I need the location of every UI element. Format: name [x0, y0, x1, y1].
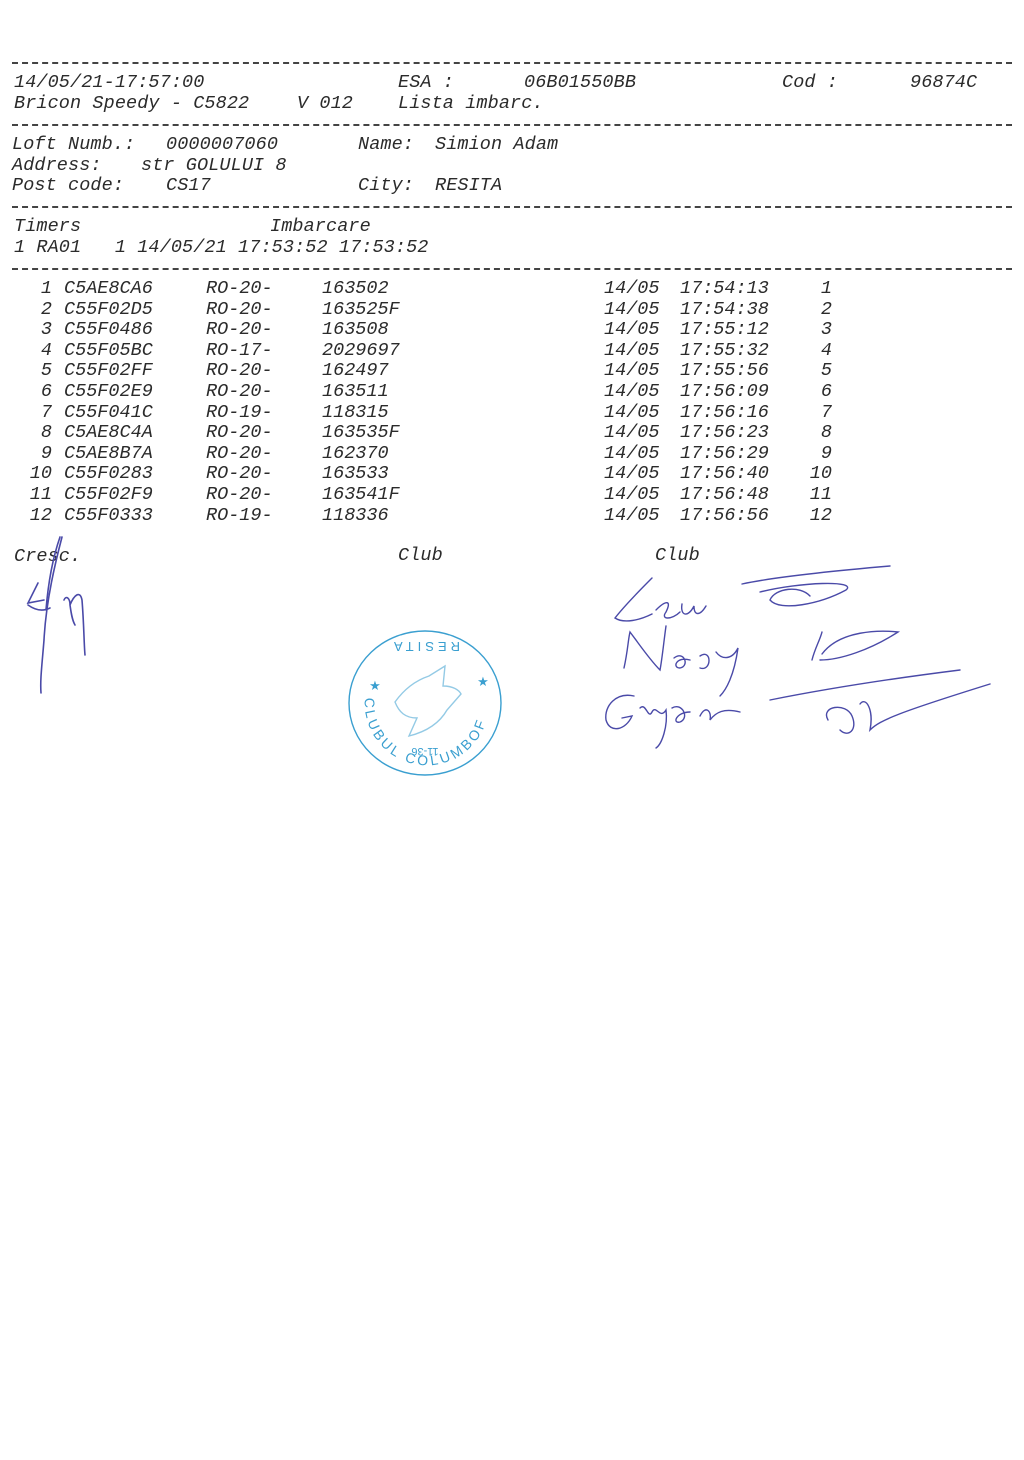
arrival-position: 9	[0, 444, 832, 464]
fancier-signature-label: Cresc.	[14, 547, 81, 567]
arrival-position: 12	[0, 506, 832, 526]
arrival-position: 4	[0, 341, 832, 361]
bird-row: 6C55F02E9RO-20-16351114/0517:56:096	[0, 382, 1024, 403]
cod-label: Cod :	[782, 73, 838, 93]
svg-text:★: ★	[477, 674, 489, 689]
city-value: RESITA	[435, 176, 502, 196]
address-value: str GOLULUI 8	[141, 156, 287, 176]
cod-value: 96874C	[910, 73, 977, 93]
report-datetime: 14/05/21-17:57:00	[14, 73, 204, 93]
device-name: Bricon Speedy - C5822	[14, 94, 249, 114]
rule-header	[12, 124, 1012, 126]
timers-label: Timers	[14, 217, 81, 237]
name-label: Name:	[358, 135, 414, 155]
rule-fancier	[12, 206, 1012, 208]
bird-row: 8C5AE8C4ARO-20-163535F14/0517:56:238	[0, 423, 1024, 444]
arrival-position: 3	[0, 320, 832, 340]
bird-row: 7C55F041CRO-19-11831514/0517:56:167	[0, 403, 1024, 424]
postcode-value: CS17	[166, 176, 211, 196]
svg-text:★: ★	[369, 678, 381, 693]
arrival-position: 6	[0, 382, 832, 402]
bird-row: 12C55F0333RO-19-11833614/0517:56:5612	[0, 506, 1024, 527]
imbarcare-label: Imbarcare	[270, 217, 371, 237]
loft-label: Loft Numb.:	[12, 135, 135, 155]
bird-row: 4C55F05BCRO-17-202969714/0517:55:324	[0, 341, 1024, 362]
club-signature-label-2: Club	[655, 546, 700, 566]
arrival-position: 2	[0, 300, 832, 320]
bird-row: 9C5AE8B7ARO-20-16237014/0517:56:299	[0, 444, 1024, 465]
club-signature-label-1: Club	[398, 546, 443, 566]
bird-row: 2C55F02D5RO-20-163525F14/0517:54:382	[0, 300, 1024, 321]
bird-row: 5C55F02FFRO-20-16249714/0517:55:565	[0, 361, 1024, 382]
bird-row: 1C5AE8CA6RO-20-16350214/0517:54:131	[0, 279, 1024, 300]
svg-text:RESITA: RESITA	[390, 639, 460, 654]
loft-value: 0000007060	[166, 135, 278, 155]
arrival-position: 8	[0, 423, 832, 443]
arrival-position: 11	[0, 485, 832, 505]
rule-top	[12, 62, 1012, 64]
bird-row: 11C55F02F9RO-20-163541F14/0517:56:4811	[0, 485, 1024, 506]
report-title: Lista imbarc.	[398, 94, 544, 114]
arrival-position: 1	[0, 279, 832, 299]
device-version: V 012	[297, 94, 353, 114]
esa-label: ESA :	[398, 73, 454, 93]
arrival-position: 5	[0, 361, 832, 381]
timer-row: 1 RA01 1 14/05/21 17:53:52 17:53:52	[14, 238, 428, 258]
name-value: Simion Adam	[435, 135, 558, 155]
address-label: Address:	[12, 156, 102, 176]
esa-value: 06B01550BB	[524, 73, 636, 93]
arrival-position: 7	[0, 403, 832, 423]
club-signatures	[0, 0, 1, 1]
arrival-position: 10	[0, 464, 832, 484]
club-stamp: RESITA 11-36 ★ ★ CLUBUL COLUMBOFIL	[347, 628, 505, 780]
postcode-label: Post code:	[12, 176, 124, 196]
city-label: City:	[358, 176, 414, 196]
bird-row: 3C55F0486RO-20-16350814/0517:55:123	[0, 320, 1024, 341]
rule-timers	[12, 268, 1012, 270]
bird-row: 10C55F0283RO-20-16353314/0517:56:4010	[0, 464, 1024, 485]
